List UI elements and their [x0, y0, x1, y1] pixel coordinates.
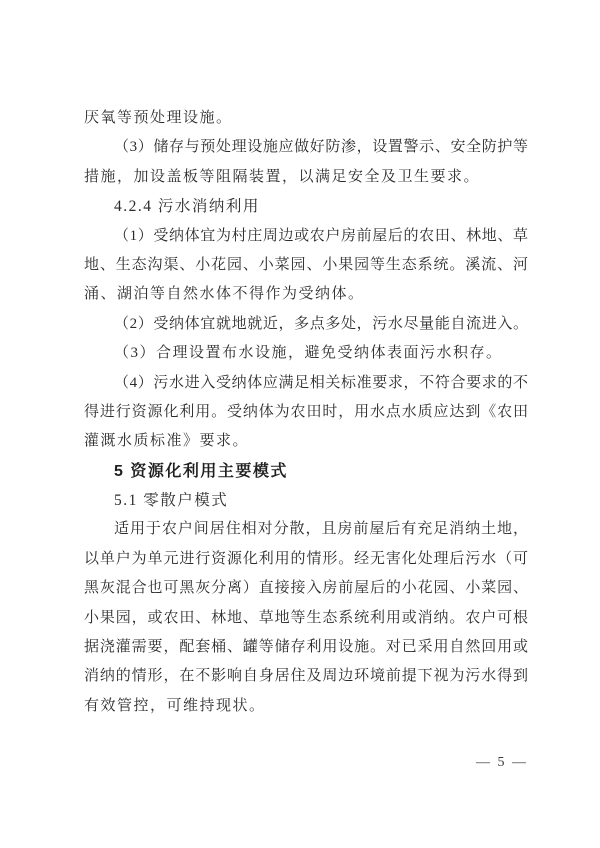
text-line: 有效管控，可维持现状。	[84, 692, 528, 721]
text-line: （2）受纳体宜就地就近，多点多处，污水尽量能自流进入。	[84, 310, 528, 339]
text-line: 措施，加设盖板等阻隔装置，以满足安全及卫生要求。	[84, 163, 528, 192]
heading-line: 5.1 零散户模式	[84, 486, 528, 515]
text-line: 小果园，或农田、林地、草地等生态系统利用或消纳。农户可根	[84, 604, 528, 633]
text-line: 据浇灌需要，配套桶、罐等储存利用设施。对已采用自然回用或	[84, 633, 528, 662]
text-line: 灌溉水质标准》要求。	[84, 427, 528, 456]
document-body: 厌氧等预处理设施。（3）储存与预处理设施应做好防渗，设置警示、安全防护等措施，加…	[84, 104, 528, 721]
heading-line: 5 资源化利用主要模式	[84, 457, 528, 486]
text-line: （1）受纳体宜为村庄周边或农户房前屋后的农田、林地、草	[84, 222, 528, 251]
text-line: （4）污水进入受纳体应满足相关标准要求，不符合要求的不	[84, 369, 528, 398]
text-line: 黑灰混合也可黑灰分离）直接接入房前屋后的小花园、小菜园、	[84, 574, 528, 603]
text-line: 以单户为单元进行资源化利用的情形。经无害化处理后污水（可	[84, 545, 528, 574]
text-line: 涌、湖泊等自然水体不得作为受纳体。	[84, 280, 528, 309]
text-line: 地、生态沟渠、小花园、小菜园、小果园等生态系统。溪流、河	[84, 251, 528, 280]
text-line: （3）合理设置布水设施，避免受纳体表面污水积存。	[84, 339, 528, 368]
text-line: 消纳的情形，在不影响自身居住及周边环境前提下视为污水得到	[84, 662, 528, 691]
text-line: （3）储存与预处理设施应做好防渗，设置警示、安全防护等	[84, 133, 528, 162]
text-line: 适用于农户间居住相对分散，且房前屋后有充足消纳土地，	[84, 515, 528, 544]
page-number: — 5 —	[476, 752, 528, 774]
text-line: 厌氧等预处理设施。	[84, 104, 528, 133]
document-page: 厌氧等预处理设施。（3）储存与预处理设施应做好防渗，设置警示、安全防护等措施，加…	[0, 0, 600, 848]
heading-line: 4.2.4 污水消纳利用	[84, 192, 528, 221]
text-line: 得进行资源化利用。受纳体为农田时，用水点水质应达到《农田	[84, 398, 528, 427]
